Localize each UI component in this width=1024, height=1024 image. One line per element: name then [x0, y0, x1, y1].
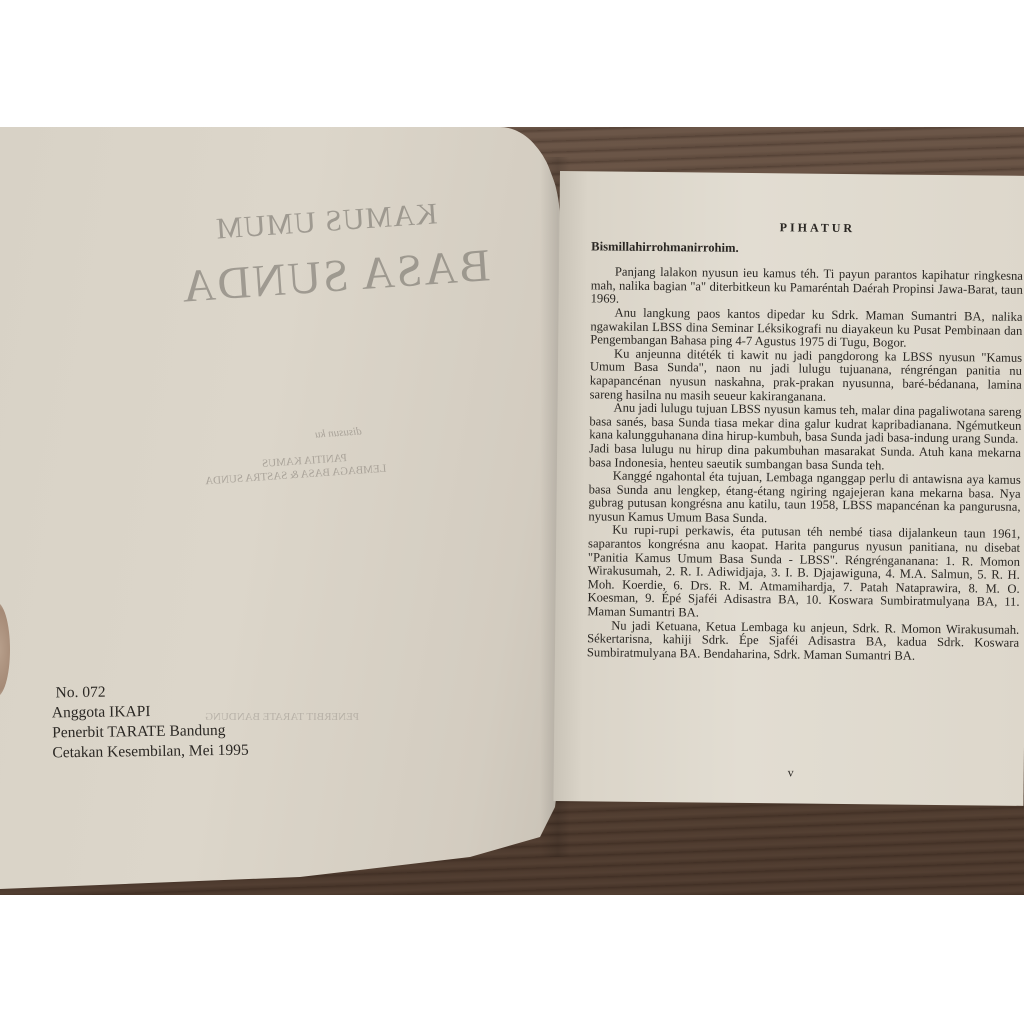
- bleed-title-line1: KAMUS UMUM: [214, 197, 438, 246]
- paragraph: Panjang lalakon nyusun ieu kamus téh. Ti…: [591, 266, 1023, 311]
- bleed-by: disusun ku: [315, 425, 362, 440]
- paragraph: Kanggé ngahontal éta tujuan, Lembaga nga…: [588, 469, 1021, 528]
- paragraph: Anu langkung paos kantos dipedar ku Sdrk…: [590, 306, 1022, 351]
- paragraph: Ku anjeunna ditéték ti kawit nu jadi pan…: [590, 347, 1023, 406]
- bleed-title-line2: BASA SUNDA: [179, 238, 492, 313]
- left-page: KAMUS UMUM BASA SUNDA disusun ku PANITIA…: [0, 127, 560, 889]
- colophon: No. 072 Anggota IKAPI Penerbit TARATE Ba…: [51, 681, 248, 764]
- paragraph: Ku rupi-rupi perkawis, éta putusan téh n…: [587, 524, 1020, 624]
- page-number: v: [788, 765, 794, 780]
- paragraph: Anu jadi lulugu tujuan LBSS nyusun kamus…: [589, 401, 1021, 446]
- book-photo: KAMUS UMUM BASA SUNDA disusun ku PANITIA…: [0, 127, 1024, 895]
- right-page: PIHATUR Bismillahirrohmanirrohim. Panjan…: [553, 171, 1024, 806]
- preface-heading: PIHATUR: [611, 220, 1023, 238]
- colophon-member: Anggota IKAPI: [52, 701, 249, 724]
- preface-text: PIHATUR Bismillahirrohmanirrohim. Panjan…: [587, 219, 1024, 664]
- paragraph: Nu jadi Ketuana, Ketua Lembaga ku anjeun…: [587, 619, 1019, 664]
- thumb: [0, 602, 10, 697]
- colophon-edition: Cetakan Kesembilan, Mei 1995: [52, 741, 249, 764]
- colophon-number: No. 072: [55, 681, 248, 704]
- colophon-publisher: Penerbit TARATE Bandung: [52, 721, 249, 744]
- preface-opening: Bismillahirrohmanirrohim.: [591, 240, 1023, 258]
